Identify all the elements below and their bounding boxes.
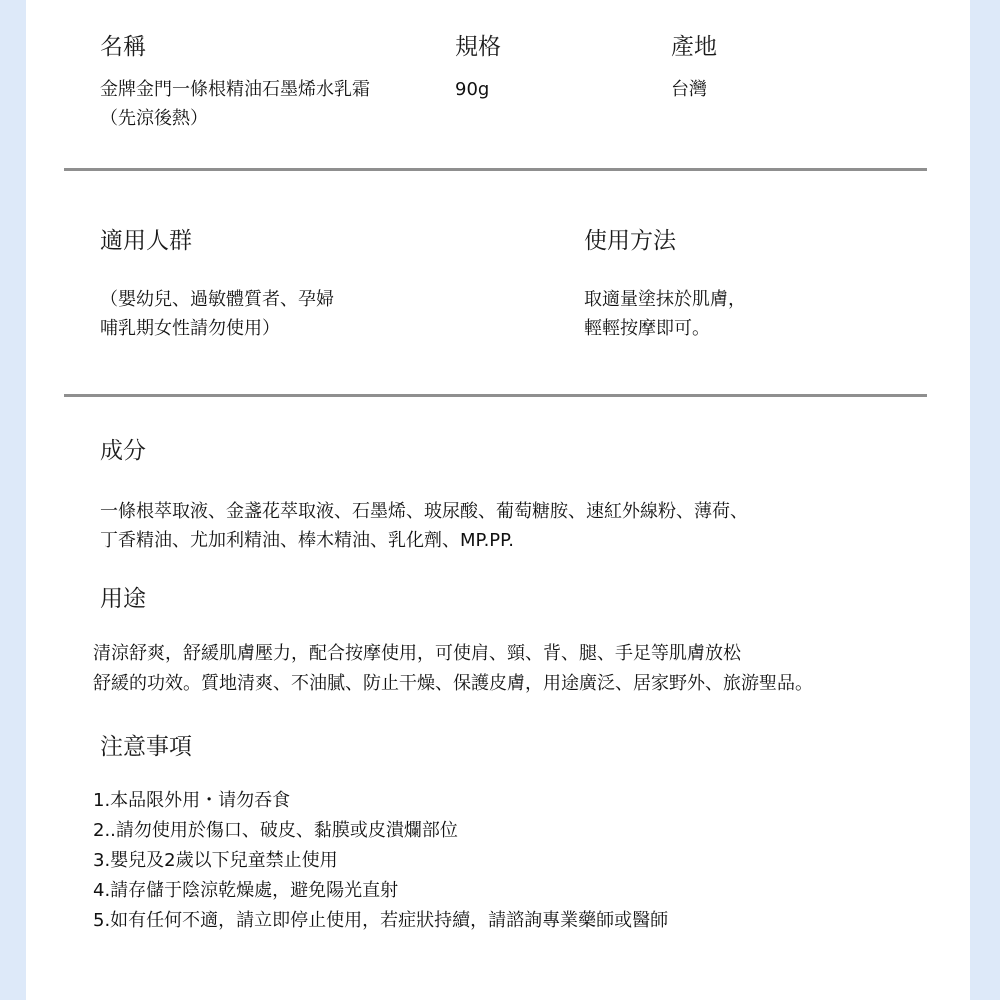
ingredients-line2: 丁香精油、尤加利精油、棒木精油、乳化劑、MP.PP.: [100, 526, 514, 556]
purpose-title: 用途: [100, 580, 146, 613]
precaution-item: 1.本品限外用・请勿吞食: [93, 786, 668, 816]
header-name: 名稱: [100, 28, 146, 61]
precaution-item: 2..請勿使用於傷口、破皮、黏膜或皮潰爛部位: [93, 816, 668, 846]
usage-method-line2: 輕輕按摩即可。: [584, 314, 710, 344]
divider-2: [64, 394, 927, 397]
product-name-line2: （先涼後熱）: [100, 104, 208, 134]
precaution-item: 5.如有任何不適，請立即停止使用，若症狀持續，請諮詢專業藥師或醫師: [93, 906, 668, 936]
product-origin: 台灣: [671, 75, 707, 105]
purpose-line2: 舒緩的功效。質地清爽、不油膩、防止干燥、保護皮膚，用途廣泛、居家野外、旅游聖品。: [93, 669, 813, 699]
precautions-title: 注意事項: [100, 728, 192, 761]
precaution-item: 3.嬰兒及2歲以下兒童禁止使用: [93, 846, 668, 876]
usage-method-line1: 取適量塗抹於肌膚，: [584, 285, 746, 315]
audience-title: 適用人群: [100, 222, 192, 255]
usage-method-title: 使用方法: [584, 222, 676, 255]
audience-line1: （嬰幼兒、過敏體質者、孕婦: [100, 285, 334, 315]
ingredients-line1: 一條根萃取液、金盞花萃取液、石墨烯、玻尿酸、葡萄糖胺、速紅外線粉、薄荷、: [100, 497, 748, 527]
precaution-item: 4.請存儲于陰涼乾燥處，避免陽光直射: [93, 876, 668, 906]
header-spec: 規格: [455, 28, 501, 61]
divider-1: [64, 168, 927, 171]
audience-line2: 哺乳期女性請勿使用）: [100, 314, 280, 344]
header-origin: 產地: [671, 28, 717, 61]
product-spec: 90g: [455, 75, 489, 105]
product-name-line1: 金牌金門一條根精油石墨烯水乳霜: [100, 75, 370, 105]
precautions-list: 1.本品限外用・请勿吞食 2..請勿使用於傷口、破皮、黏膜或皮潰爛部位 3.嬰兒…: [93, 786, 668, 936]
purpose-line1: 清涼舒爽，舒緩肌膚壓力，配合按摩使用，可使肩、頸、背、腿、手足等肌膚放松: [93, 639, 741, 669]
ingredients-title: 成分: [100, 432, 146, 465]
